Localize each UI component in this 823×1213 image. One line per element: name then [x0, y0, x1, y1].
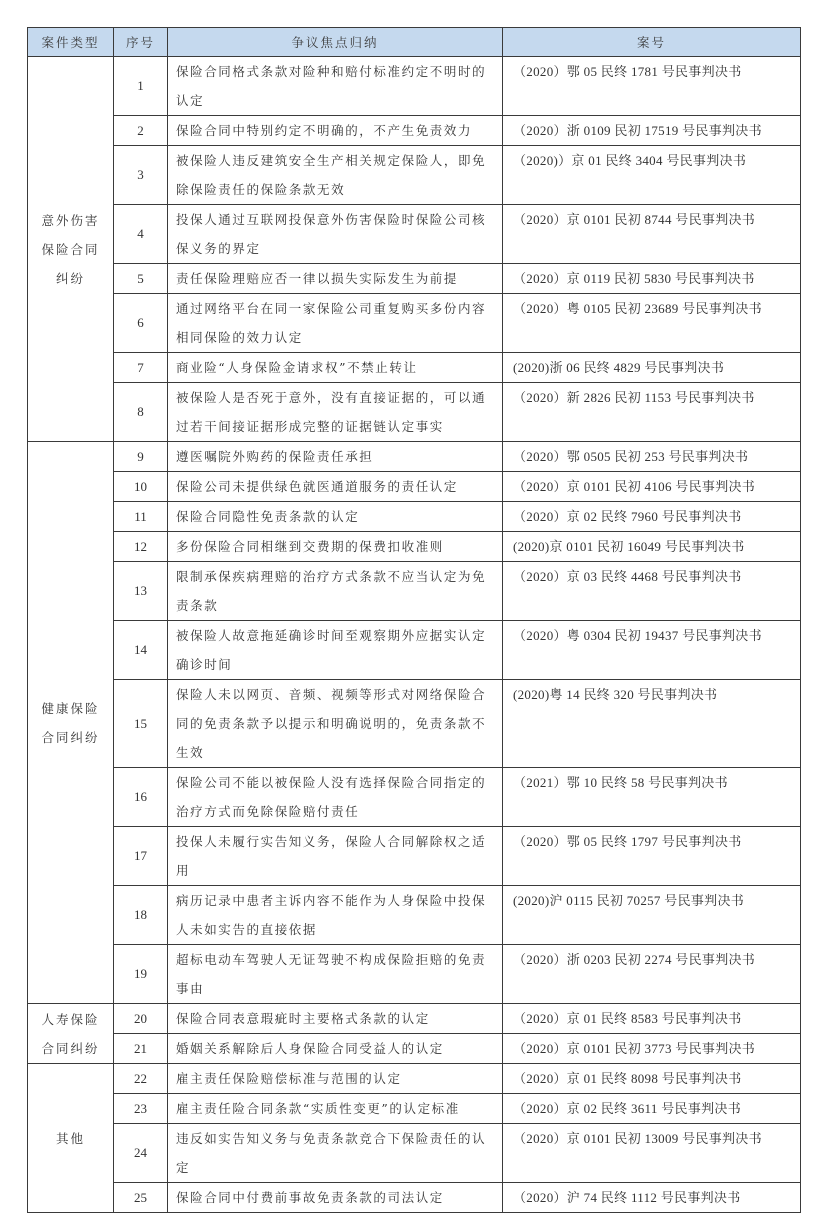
row-number: 16: [114, 768, 168, 827]
table-row: 其他22雇主责任保险赔偿标准与范围的认定（2020）京 01 民终 8098 号…: [28, 1064, 801, 1094]
dispute-focus-cell: 商业险“人身保险金请求权”不禁止转让: [168, 353, 503, 383]
dispute-focus-cell: 保险合同隐性免责条款的认定: [168, 502, 503, 532]
dispute-focus-cell: 婚姻关系解除后人身保险合同受益人的认定: [168, 1034, 503, 1064]
table-row: 8被保险人是否死于意外，没有直接证据的，可以通过若干间接证据形成完整的证据链认定…: [28, 383, 801, 442]
row-number: 13: [114, 562, 168, 621]
table-row: 3被保险人违反建筑安全生产相关规定保险人，即免除保险责任的保险条款无效（2020…: [28, 146, 801, 205]
row-number: 19: [114, 945, 168, 1004]
case-number-cell: （2020）浙 0203 民初 2274 号民事判决书: [503, 945, 801, 1004]
table-row: 5责任保险理赔应否一律以损失实际发生为前提（2020）京 0119 民初 583…: [28, 264, 801, 294]
case-number-cell: （2020）京 0101 民初 4106 号民事判决书: [503, 472, 801, 502]
row-number: 3: [114, 146, 168, 205]
case-number-cell: （2020）鄂 05 民终 1781 号民事判决书: [503, 57, 801, 116]
case-type-cell: 其他: [28, 1064, 114, 1213]
table-row: 23雇主责任险合同条款“实质性变更”的认定标准（2020）京 02 民终 361…: [28, 1094, 801, 1124]
dispute-focus-cell: 遵医嘱院外购药的保险责任承担: [168, 442, 503, 472]
case-number-cell: （2020）京 0101 民初 3773 号民事判决书: [503, 1034, 801, 1064]
table-row: 21婚姻关系解除后人身保险合同受益人的认定（2020）京 0101 民初 377…: [28, 1034, 801, 1064]
row-number: 24: [114, 1124, 168, 1183]
dispute-focus-cell: 违反如实告知义务与免责条款竞合下保险责任的认定: [168, 1124, 503, 1183]
table-row: 12多份保险合同相继到交费期的保费扣收准则(2020)京 0101 民初 160…: [28, 532, 801, 562]
row-number: 5: [114, 264, 168, 294]
case-number-cell: （2020）粤 0105 民初 23689 号民事判决书: [503, 294, 801, 353]
header-dispute-focus: 争议焦点归纳: [168, 28, 503, 57]
row-number: 18: [114, 886, 168, 945]
case-number-cell: （2020）京 0119 民初 5830 号民事判决书: [503, 264, 801, 294]
row-number: 10: [114, 472, 168, 502]
case-number-cell: （2020）京 02 民终 7960 号民事判决书: [503, 502, 801, 532]
row-number: 22: [114, 1064, 168, 1094]
dispute-focus-cell: 投保人未履行实告知义务，保险人合同解除权之适用: [168, 827, 503, 886]
table-row: 10保险公司未提供绿色就医通道服务的责任认定（2020）京 0101 民初 41…: [28, 472, 801, 502]
case-number-cell: （2020）京 01 民终 8583 号民事判决书: [503, 1004, 801, 1034]
table-row: 7商业险“人身保险金请求权”不禁止转让(2020)浙 06 民终 4829 号民…: [28, 353, 801, 383]
case-number-cell: （2020）鄂 05 民终 1797 号民事判决书: [503, 827, 801, 886]
dispute-focus-cell: 被保险人违反建筑安全生产相关规定保险人，即免除保险责任的保险条款无效: [168, 146, 503, 205]
case-type-label: 意外伤害保险合同纠纷: [37, 206, 105, 293]
header-number: 序号: [114, 28, 168, 57]
case-number-cell: (2020)粤 14 民终 320 号民事判决书: [503, 680, 801, 768]
case-type-label: 人寿保险合同纠纷: [37, 1005, 105, 1063]
case-number-cell: （2020）京 0101 民初 8744 号民事判决书: [503, 205, 801, 264]
table-row: 13限制承保疾病理赔的治疗方式条款不应当认定为免责条款（2020）京 03 民终…: [28, 562, 801, 621]
case-type-cell: 意外伤害保险合同纠纷: [28, 57, 114, 442]
table-row: 19超标电动车驾驶人无证驾驶不构成保险拒赔的免责事由（2020）浙 0203 民…: [28, 945, 801, 1004]
dispute-focus-cell: 雇主责任保险赔偿标准与范围的认定: [168, 1064, 503, 1094]
table-row: 11保险合同隐性免责条款的认定（2020）京 02 民终 7960 号民事判决书: [28, 502, 801, 532]
row-number: 21: [114, 1034, 168, 1064]
dispute-focus-cell: 被保险人是否死于意外，没有直接证据的，可以通过若干间接证据形成完整的证据链认定事…: [168, 383, 503, 442]
dispute-focus-cell: 限制承保疾病理赔的治疗方式条款不应当认定为免责条款: [168, 562, 503, 621]
dispute-focus-cell: 保险合同中付费前事故免责条款的司法认定: [168, 1183, 503, 1213]
case-type-cell: 健康保险合同纠纷: [28, 442, 114, 1004]
dispute-focus-cell: 超标电动车驾驶人无证驾驶不构成保险拒赔的免责事由: [168, 945, 503, 1004]
row-number: 6: [114, 294, 168, 353]
table-row: 4投保人通过互联网投保意外伤害保险时保险公司核保义务的界定（2020）京 010…: [28, 205, 801, 264]
table-row: 6通过网络平台在同一家保险公司重复购买多份内容相同保险的效力认定（2020）粤 …: [28, 294, 801, 353]
table-row: 18病历记录中患者主诉内容不能作为人身保险中投保人未如实告的直接依据(2020)…: [28, 886, 801, 945]
row-number: 14: [114, 621, 168, 680]
dispute-focus-cell: 多份保险合同相继到交费期的保费扣收准则: [168, 532, 503, 562]
dispute-focus-cell: 保险公司未提供绿色就医通道服务的责任认定: [168, 472, 503, 502]
case-number-cell: (2020)浙 06 民终 4829 号民事判决书: [503, 353, 801, 383]
table-row: 人寿保险合同纠纷20保险合同表意瑕疵时主要格式条款的认定（2020）京 01 民…: [28, 1004, 801, 1034]
dispute-focus-cell: 投保人通过互联网投保意外伤害保险时保险公司核保义务的界定: [168, 205, 503, 264]
table-row: 24违反如实告知义务与免责条款竞合下保险责任的认定（2020）京 0101 民初…: [28, 1124, 801, 1183]
dispute-focus-cell: 保险合同中特别约定不明确的，不产生免责效力: [168, 116, 503, 146]
dispute-focus-cell: 保险人未以网页、音频、视频等形式对网络保险合同的免责条款予以提示和明确说明的，免…: [168, 680, 503, 768]
row-number: 11: [114, 502, 168, 532]
table-row: 意外伤害保险合同纠纷1保险合同格式条款对险种和赔付标准约定不明时的认定（2020…: [28, 57, 801, 116]
dispute-focus-cell: 保险合同格式条款对险种和赔付标准约定不明时的认定: [168, 57, 503, 116]
table-row: 25保险合同中付费前事故免责条款的司法认定（2020）沪 74 民终 1112 …: [28, 1183, 801, 1213]
header-case-number: 案号: [503, 28, 801, 57]
case-summary-table: 案件类型 序号 争议焦点归纳 案号 意外伤害保险合同纠纷1保险合同格式条款对险种…: [27, 27, 801, 1213]
table-row: 16保险公司不能以被保险人没有选择保险合同指定的治疗方式而免除保险赔付责任（20…: [28, 768, 801, 827]
case-number-cell: （2020）新 2826 民初 1153 号民事判决书: [503, 383, 801, 442]
case-type-label: 健康保险合同纠纷: [37, 694, 105, 752]
table-row: 15保险人未以网页、音频、视频等形式对网络保险合同的免责条款予以提示和明确说明的…: [28, 680, 801, 768]
case-number-cell: （2020）沪 74 民终 1112 号民事判决书: [503, 1183, 801, 1213]
row-number: 8: [114, 383, 168, 442]
table-body: 意外伤害保险合同纠纷1保险合同格式条款对险种和赔付标准约定不明时的认定（2020…: [28, 57, 801, 1213]
row-number: 9: [114, 442, 168, 472]
dispute-focus-cell: 被保险人故意拖延确诊时间至观察期外应据实认定确诊时间: [168, 621, 503, 680]
row-number: 17: [114, 827, 168, 886]
case-number-cell: (2020)京 0101 民初 16049 号民事判决书: [503, 532, 801, 562]
case-number-cell: （2020)）京 01 民终 3404 号民事判决书: [503, 146, 801, 205]
row-number: 25: [114, 1183, 168, 1213]
table-row: 17投保人未履行实告知义务，保险人合同解除权之适用（2020）鄂 05 民终 1…: [28, 827, 801, 886]
dispute-focus-cell: 雇主责任险合同条款“实质性变更”的认定标准: [168, 1094, 503, 1124]
case-number-cell: (2020)沪 0115 民初 70257 号民事判决书: [503, 886, 801, 945]
table-row: 14被保险人故意拖延确诊时间至观察期外应据实认定确诊时间（2020）粤 0304…: [28, 621, 801, 680]
row-number: 2: [114, 116, 168, 146]
case-number-cell: （2020）京 02 民终 3611 号民事判决书: [503, 1094, 801, 1124]
dispute-focus-cell: 保险合同表意瑕疵时主要格式条款的认定: [168, 1004, 503, 1034]
row-number: 23: [114, 1094, 168, 1124]
row-number: 4: [114, 205, 168, 264]
dispute-focus-cell: 病历记录中患者主诉内容不能作为人身保险中投保人未如实告的直接依据: [168, 886, 503, 945]
case-number-cell: （2020）京 03 民终 4468 号民事判决书: [503, 562, 801, 621]
row-number: 15: [114, 680, 168, 768]
row-number: 7: [114, 353, 168, 383]
dispute-focus-cell: 责任保险理赔应否一律以损失实际发生为前提: [168, 264, 503, 294]
case-number-cell: （2020）鄂 0505 民初 253 号民事判决书: [503, 442, 801, 472]
dispute-focus-cell: 保险公司不能以被保险人没有选择保险合同指定的治疗方式而免除保险赔付责任: [168, 768, 503, 827]
case-type-cell: 人寿保险合同纠纷: [28, 1004, 114, 1064]
table-row: 健康保险合同纠纷9遵医嘱院外购药的保险责任承担（2020）鄂 0505 民初 2…: [28, 442, 801, 472]
case-number-cell: （2020）京 01 民终 8098 号民事判决书: [503, 1064, 801, 1094]
table-header-row: 案件类型 序号 争议焦点归纳 案号: [28, 28, 801, 57]
case-number-cell: （2020）京 0101 民初 13009 号民事判决书: [503, 1124, 801, 1183]
dispute-focus-cell: 通过网络平台在同一家保险公司重复购买多份内容相同保险的效力认定: [168, 294, 503, 353]
row-number: 1: [114, 57, 168, 116]
case-type-label: 其他: [37, 1124, 105, 1153]
case-number-cell: （2020）浙 0109 民初 17519 号民事判决书: [503, 116, 801, 146]
row-number: 12: [114, 532, 168, 562]
case-number-cell: （2021）鄂 10 民终 58 号民事判决书: [503, 768, 801, 827]
header-case-type: 案件类型: [28, 28, 114, 57]
case-number-cell: （2020）粤 0304 民初 19437 号民事判决书: [503, 621, 801, 680]
table-row: 2保险合同中特别约定不明确的，不产生免责效力（2020）浙 0109 民初 17…: [28, 116, 801, 146]
row-number: 20: [114, 1004, 168, 1034]
